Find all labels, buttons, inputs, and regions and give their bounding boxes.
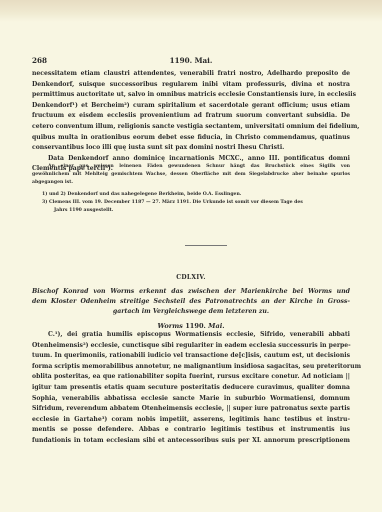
text-line: forma scriptis memorabilibus annotetur, … bbox=[32, 362, 350, 373]
seal-description: An einer aus weissen leinenen Fäden gewu… bbox=[32, 163, 350, 187]
place-date: Worms 1190. Mai. bbox=[32, 322, 350, 330]
running-title: 1190. Mai. bbox=[32, 56, 350, 65]
year: 1190. bbox=[185, 322, 206, 330]
regest-line: Bischof Konrad von Worms erkennt das zwi… bbox=[32, 287, 350, 297]
footnotes: 1) und 2) Denkendorf und das nahegelegen… bbox=[32, 191, 350, 215]
regest-line: dem Kloster Odenheim streitige Sechsteil… bbox=[32, 297, 350, 307]
document-number: CDLXIV. bbox=[32, 274, 350, 281]
footnote-continuation: Jahrs 1190 ausgestellt. bbox=[32, 207, 350, 215]
text-line: conservantibus loco illi quę iusta sunt … bbox=[32, 143, 350, 154]
desc-line: gewöhnlichem mit Mehlteig gemischtem Wac… bbox=[32, 171, 350, 179]
preceding-document-text: necessitatem etiam claustri attendentes,… bbox=[32, 69, 350, 175]
text-line: permittimus auctoritate ut, salvo in omn… bbox=[32, 90, 350, 101]
text-line: Denkendorf, suisque successoribus regula… bbox=[32, 80, 350, 91]
text-line: Sifridum, reverendum abbatem Otenheimens… bbox=[32, 404, 350, 415]
text-line: fundationis in totam ecclesiam sibi et a… bbox=[32, 436, 350, 447]
place-name: Worms bbox=[157, 322, 182, 330]
desc-line: An einer aus weissen leinenen Fäden gewu… bbox=[32, 163, 350, 171]
text-line: Denkendorf¹) et Bercheim²) curam spirita… bbox=[32, 101, 350, 112]
document-text: C.¹), dei gratia humilis episcopus Worma… bbox=[32, 330, 350, 447]
text-line: cetero conventum illum, religionis sanct… bbox=[32, 122, 350, 133]
desc-line: abgegangen ist. bbox=[32, 179, 350, 187]
section-divider bbox=[185, 245, 227, 246]
page-top-stain bbox=[0, 0, 382, 22]
text-line: oblita posteritas, ea que rationabiliter… bbox=[32, 372, 350, 383]
document-regest: Bischof Konrad von Worms erkennt das zwi… bbox=[32, 287, 350, 318]
text-line: Sophia, venerabilis abbatissa ecclesie s… bbox=[32, 394, 350, 405]
footnote: 3) Clemens III. vom 19. December 1187 — … bbox=[32, 199, 350, 207]
text-line: quibus multa in orationibus eorum debet … bbox=[32, 133, 350, 144]
text-line: tuum. In querimoniis, rationabili iudici… bbox=[32, 351, 350, 362]
text-line: mentis se posse defendere. Abbas e contr… bbox=[32, 425, 350, 436]
text-line: ecclesie in Gartahe³) coram nobis impeti… bbox=[32, 415, 350, 426]
text-line: fructuum ex eisdem ecclesiis provenienti… bbox=[32, 111, 350, 122]
regest-line: gartach im Vergleichswege dem letzteren … bbox=[32, 307, 350, 317]
page-header: 268 1190. Mai. bbox=[32, 56, 350, 66]
text-line: igitur tam presentis etatis quam secutur… bbox=[32, 383, 350, 394]
footnote: 1) und 2) Denkendorf und das nahegelegen… bbox=[32, 191, 350, 199]
text-line: C.¹), dei gratia humilis episcopus Worma… bbox=[32, 330, 350, 341]
month: Mai. bbox=[208, 322, 224, 330]
text-line: necessitatem etiam claustri attendentes,… bbox=[32, 69, 350, 80]
text-line: Otenheimensis²) ecclesie, cunctisque sib… bbox=[32, 341, 350, 352]
